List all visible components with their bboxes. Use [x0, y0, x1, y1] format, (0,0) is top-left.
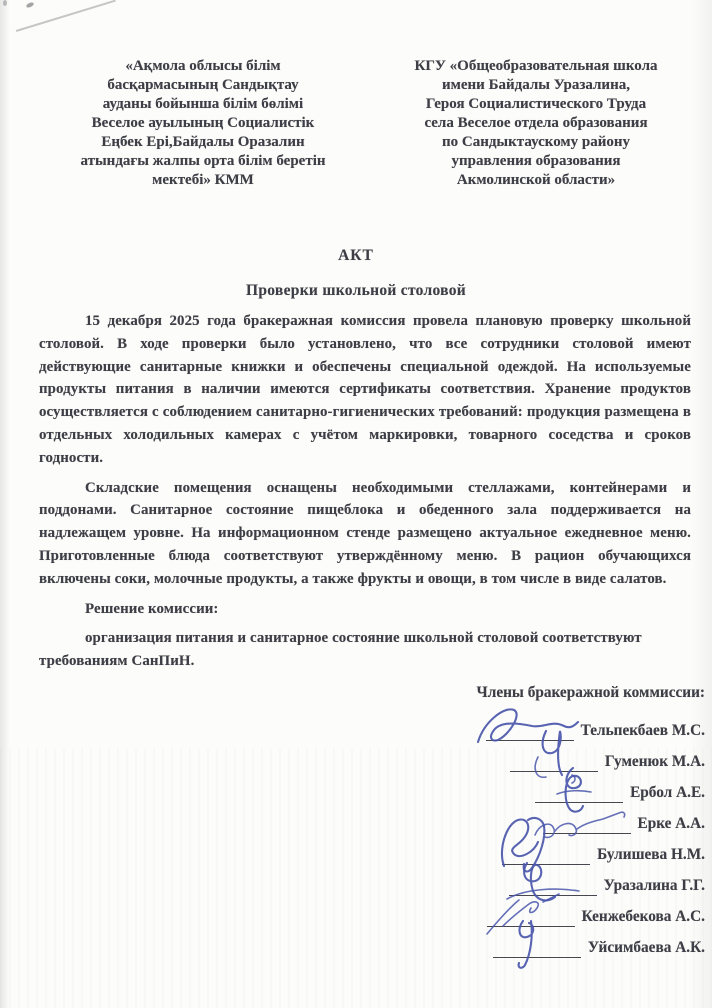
document-body: 15 декабря 2025 года бракеражная комисси… — [39, 310, 691, 680]
letterhead-line: басқармасының Сандықтау — [42, 76, 364, 95]
document-title: АКТ — [0, 247, 712, 265]
commission-heading: Члены бракеражной коммиссии: — [375, 684, 705, 702]
document-subtitle: Проверки школьной столовой — [0, 282, 712, 300]
member-name: Ерке А.А. — [638, 814, 706, 834]
scanned-document-page: «Ақмола облысы білім басқармасының Санды… — [0, 0, 712, 1008]
letterhead-line: по Сандыктаускому району — [380, 133, 692, 152]
scan-speck — [3, 0, 7, 6]
letterhead-line: Еңбек Ері,Байдалы Оразалин — [42, 133, 364, 152]
paragraph-inspection-findings-1: 15 декабря 2025 года бракеражная комисси… — [39, 310, 691, 470]
letterhead-line: Героя Социалистического Труда — [380, 95, 692, 114]
letterhead-line: атындағы жалпы орта білім беретін — [42, 152, 364, 171]
letterhead-russian: КГУ «Общеобразовательная школа имени Бай… — [380, 57, 692, 190]
member-name: Кенжебекова А.С. — [582, 907, 705, 927]
member-name: Ербол А.Е. — [630, 783, 705, 803]
letterhead-line: села Веселое отдела образования — [380, 114, 692, 133]
decision-text: организация питания и санитарное состоян… — [39, 627, 661, 673]
signature-line — [493, 937, 581, 958]
letterhead-line: мектебі» КММ — [42, 171, 364, 190]
letterhead-kazakh: «Ақмола облысы білім басқармасының Санды… — [42, 57, 364, 190]
member-name: Уразалина Г.Г. — [604, 876, 705, 896]
letterhead: «Ақмола облысы білім басқармасының Санды… — [42, 57, 692, 190]
signature-line — [535, 782, 623, 803]
signature-row: Уйсимбаева А.К. — [375, 927, 705, 958]
member-name: Уйсимбаева А.К. — [588, 938, 705, 958]
letterhead-line: управления образования — [380, 152, 692, 171]
signature-row: Ербол А.Е. — [375, 772, 705, 803]
decision-label: Решение комиссии: — [39, 598, 691, 621]
letterhead-line: «Ақмола облысы білім — [42, 57, 364, 76]
scan-speck — [26, 1, 35, 8]
letterhead-line: ауданы бойынша білім бөлімі — [42, 95, 364, 114]
member-name: Булишева Н.М. — [597, 845, 705, 865]
signature-rows: Тельпекбаев М.С. Гуменюк М.А. — [375, 710, 705, 958]
signature-ink — [477, 915, 587, 969]
letterhead-line: КГУ «Общеобразовательная школа — [380, 57, 692, 76]
commission-signature-block: Члены бракеражной коммиссии: Тельпекбаев… — [375, 684, 705, 702]
paragraph-inspection-findings-2: Складские помещения оснащены необходимым… — [39, 477, 691, 591]
letterhead-line: имени Байдалы Уразалина, — [380, 76, 692, 95]
letterhead-line: Акмолинской области» — [380, 171, 692, 190]
letterhead-line: Веселое ауылының Социалистік — [42, 114, 364, 133]
